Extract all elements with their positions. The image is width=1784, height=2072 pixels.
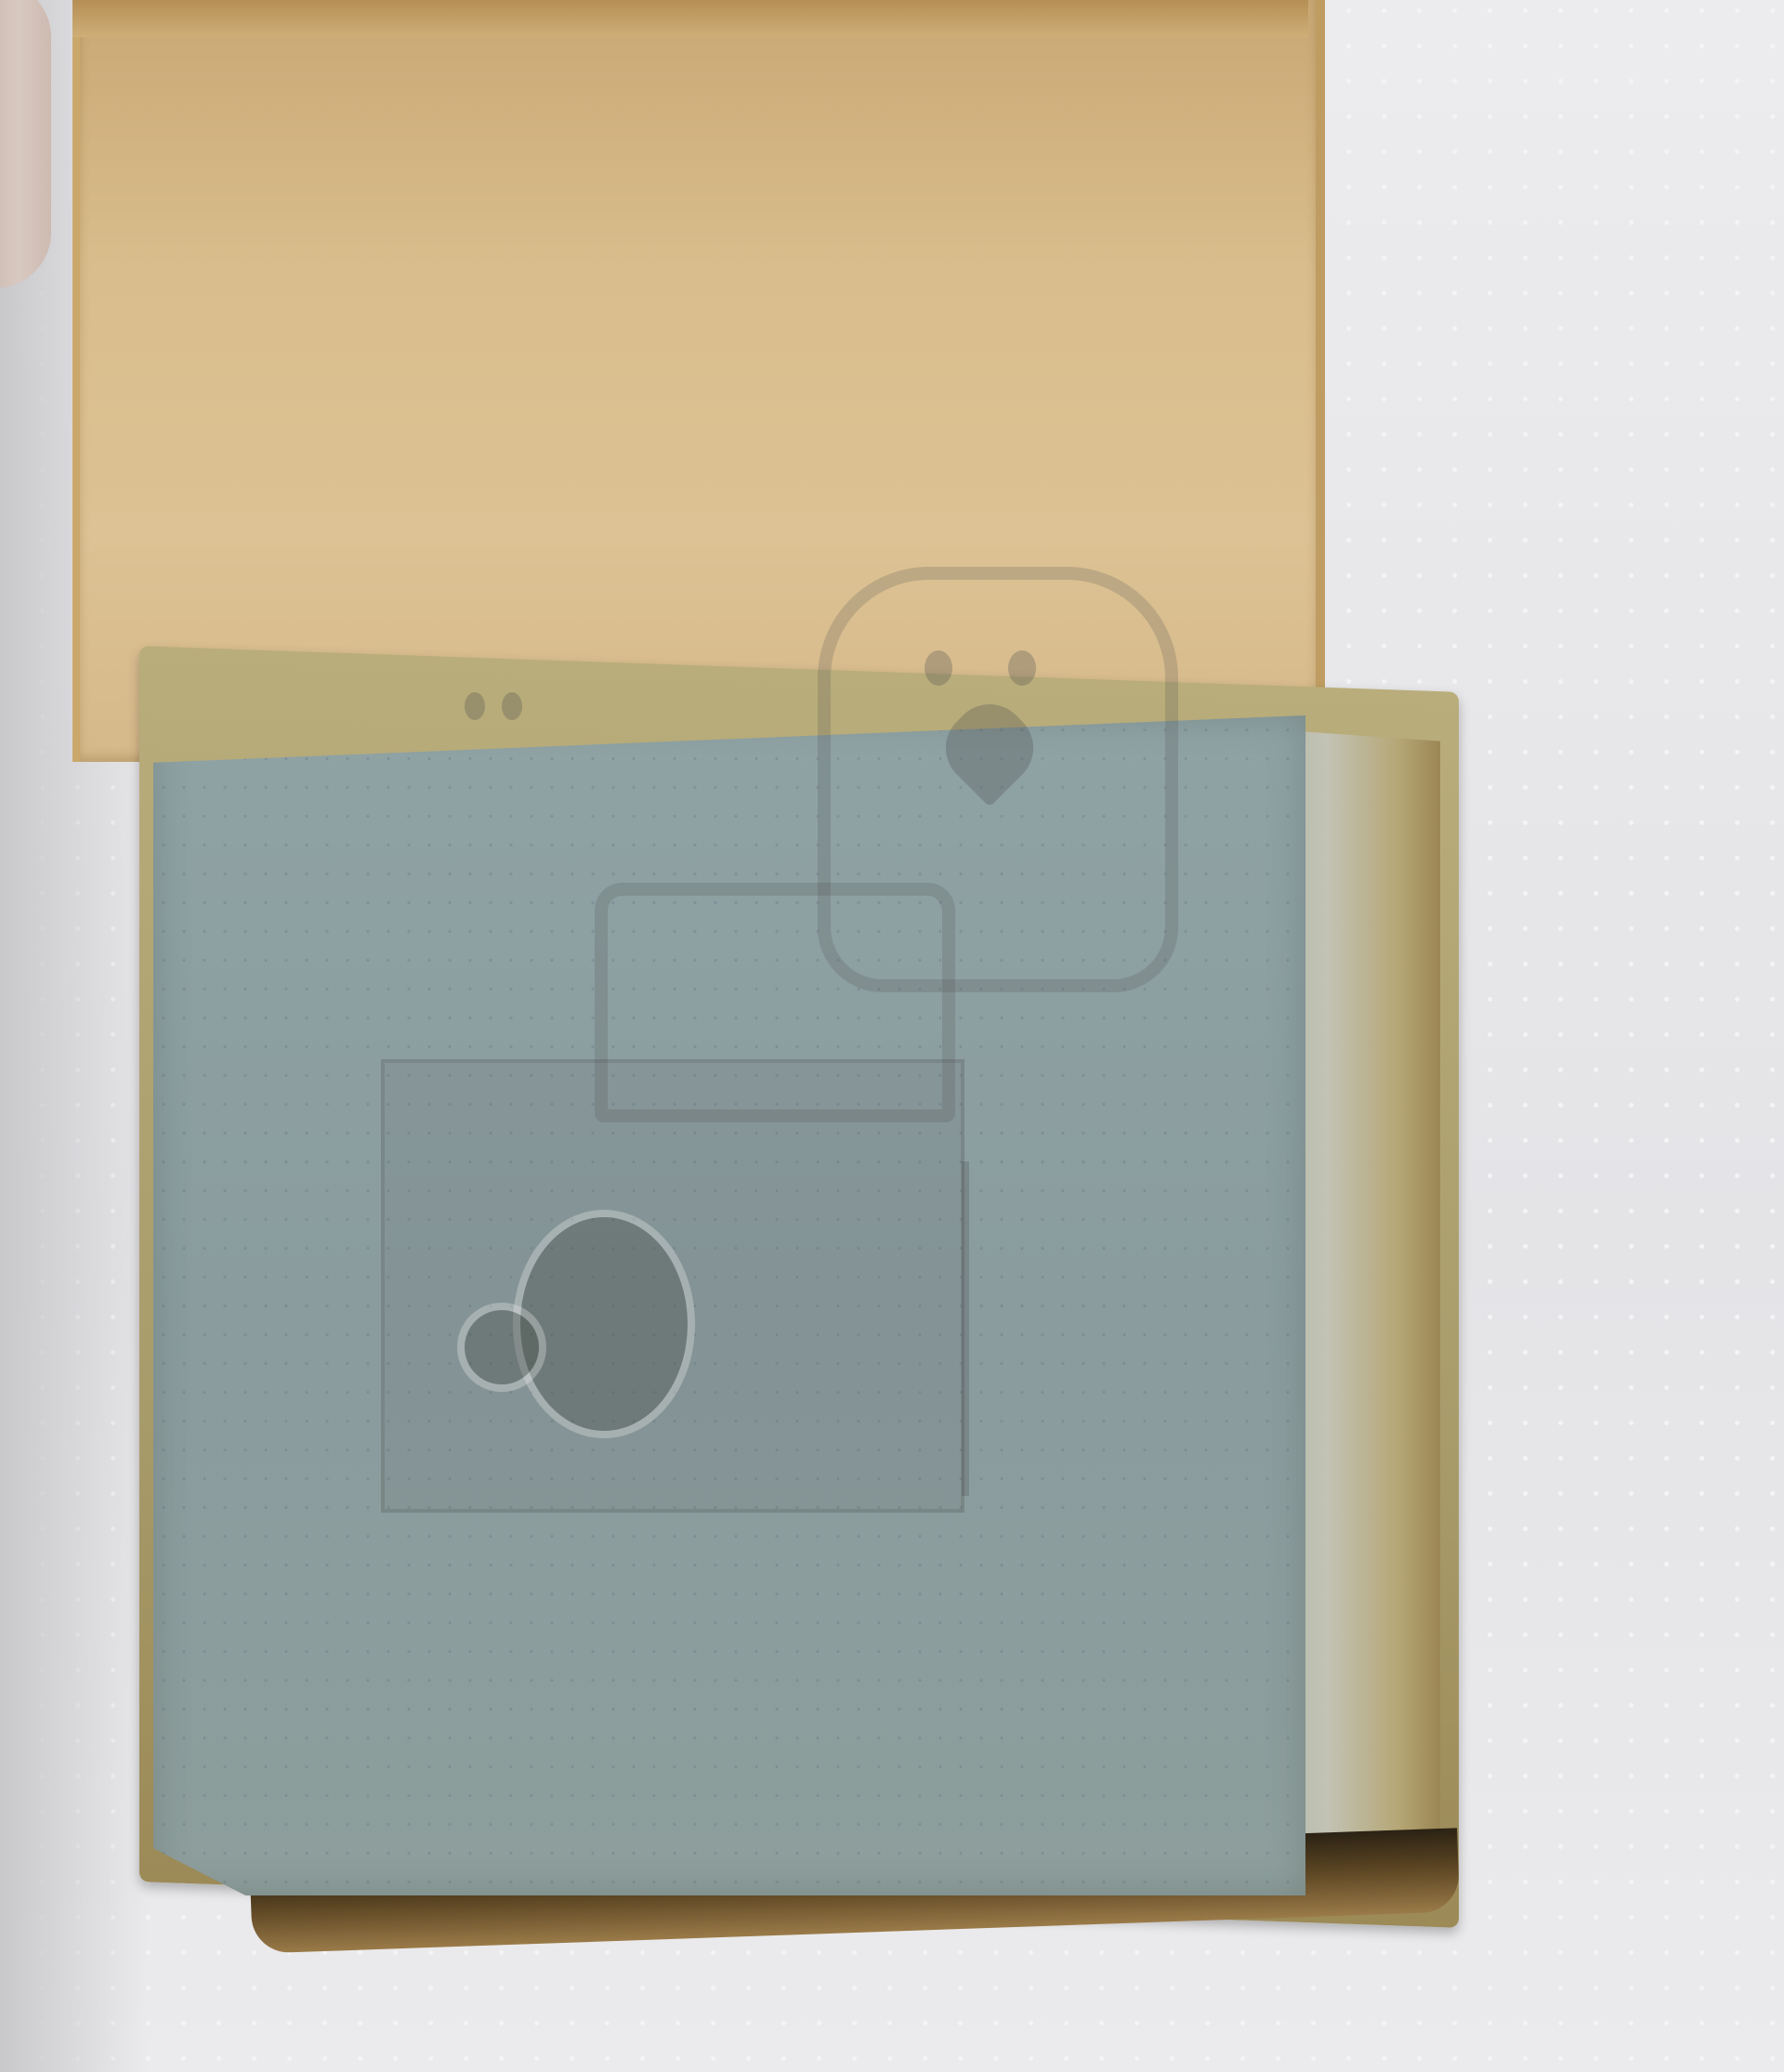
blue-paper-insert (153, 715, 1305, 1895)
watermark-bush-blob (520, 1217, 688, 1431)
watermark-bush-blob-small (465, 1310, 539, 1384)
watermark-flag-pole (962, 1161, 969, 1496)
watermark-bear-eye-left (925, 650, 952, 686)
box-lid (72, 0, 1325, 762)
lid-fold-edge (72, 0, 1308, 37)
watermark-bear-eye-right (1008, 650, 1036, 686)
watermark-small-bear-eye-left (465, 692, 485, 720)
watermark-small-bear-eye-right (502, 692, 522, 720)
finger (0, 0, 51, 288)
